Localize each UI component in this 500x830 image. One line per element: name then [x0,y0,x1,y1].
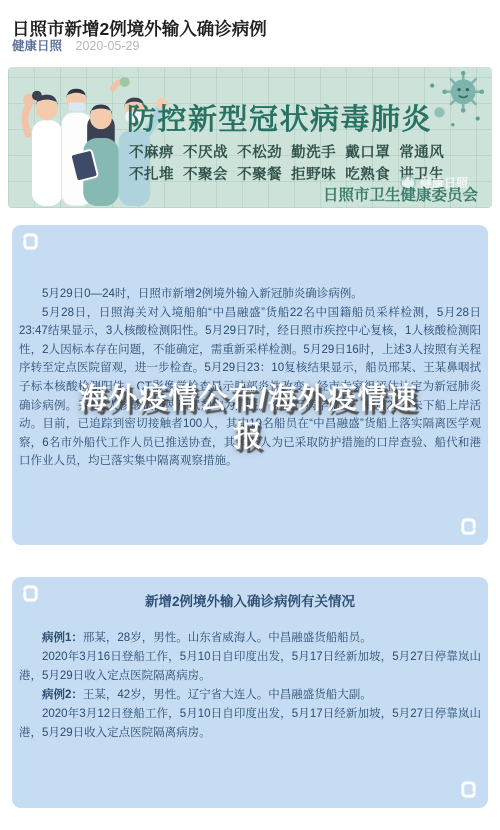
case-paragraph: 2020年3月16日登船工作，5月10日自印度出发，5月17日经新加坡，5月27… [19,648,481,686]
cases-text: 病例1：邢某，28岁，男性。山东省威海人。中昌融盛货船船员。 2020年3月16… [19,629,481,743]
quote-block-cases: 新增2例境外输入确诊病例有关情况 病例1：邢某，28岁，男性。山东省威海人。中昌… [12,577,488,808]
report-paragraph: 5月28日，日照海关对入境船舶“中昌融盛”货船22名中国籍船员采样检测，5月28… [19,304,481,471]
case-paragraph: 病例1：邢某，28岁，男性。山东省威海人。中昌融盛货船船员。 [19,629,481,648]
case-intro: 王某，42岁，男性。辽宁省大连人。中昌融盛货船大副。 [83,689,372,701]
case-paragraph: 2020年3月12日登船工作，5月10日自印度出发，5月17日经新加坡，5月27… [19,705,481,743]
case-label: 病例1： [42,632,83,644]
case-paragraph: 病例2：王某，42岁，男性。辽宁省大连人。中昌融盛货船大副。 [19,686,481,705]
banner-slogan-2: 不扎堆 不聚会 不聚餐 拒野味 吃熟食 讲卫生 [129,163,444,184]
quote-block-report: 5月29日0—24时，日照市新增2例境外输入新冠肺炎确诊病例。 5月28日，日照… [12,225,488,545]
medical-team-illustration [12,73,184,206]
report-paragraph: 5月29日0—24时，日照市新增2例境外输入新冠肺炎确诊病例。 [19,285,481,304]
banner-slogan-1: 不麻痹 不厌战 不松劲 勤洗手 戴口罩 常通风 [129,141,444,162]
banner-title: 防控新型冠状病毒肺炎 [127,97,432,138]
account-link[interactable]: 健康日照 [12,39,62,53]
quote-close-icon [459,780,478,799]
prevention-banner: 防控新型冠状病毒肺炎 不麻痹 不厌战 不松劲 勤洗手 戴口罩 常通风 不扎堆 不… [8,67,492,208]
byline: 健康日照 2020-05-29 [12,36,139,54]
cases-title: 新增2例境外输入确诊病例有关情况 [12,590,488,610]
publish-date: 2020-05-29 [76,39,140,53]
quote-close-icon [459,517,478,536]
quote-open-icon [21,232,40,251]
virus-icon [426,69,488,131]
article-page: 日照市新增2例境外输入确诊病例 健康日照 2020-05-29 [0,0,500,830]
report-text: 5月29日0—24时，日照市新增2例境外输入新冠肺炎确诊病例。 5月28日，日照… [19,285,481,471]
banner-signature: 日照市卫生健康委员会 [323,183,478,205]
case-label: 病例2： [42,689,83,701]
case-intro: 邢某，28岁，男性。山东省威海人。中昌融盛货船船员。 [83,632,372,644]
